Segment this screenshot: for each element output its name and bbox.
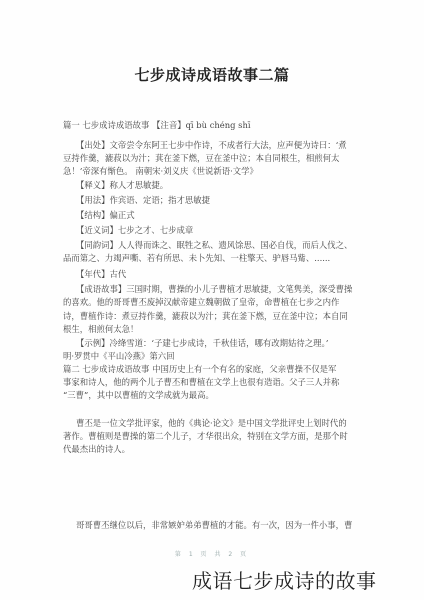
paragraph-line: 品而第之、力竭声嘶、若有所思、未卜先知、一柱擎天、驴唇马觜、...... bbox=[63, 253, 363, 264]
paragraph-line: 明·罗贯中《平山冷燕》第六回 bbox=[63, 351, 363, 362]
paragraph-line: 【成语故事】三国时期，曹操的小儿子曹植才思敏捷，文笔隽美，深受曹操 bbox=[76, 284, 364, 295]
paragraph-line: “三曹”，其中以曹植的文学成就为最高。 bbox=[63, 390, 363, 401]
paragraph-line: 代最杰出的诗人。 bbox=[63, 444, 363, 455]
caption-overlay: 成语七步成诗的故事 bbox=[192, 565, 377, 594]
document-page: 七步成诗成语故事二篇 篇一 七步成诗成语故事 【注音】qī bù chéng s… bbox=[0, 0, 424, 600]
paragraph-line: 【结构】偏正式 bbox=[76, 210, 364, 221]
paragraph-line: 豆持作羹，漉菽以为汁；萁在釜下燃，豆在釜中泣；本自同根生，相煎何太 bbox=[63, 153, 363, 164]
paragraph-line: 篇二 七步成诗成语故事 中国历史上有一个有名的家庭，父亲曹操不仅是军 bbox=[63, 364, 363, 375]
paragraph-line-last: 哥哥曹丕继位以后，非常嫉妒弟弟曹植的才能。有一次，因为一件小事，曹 bbox=[76, 520, 364, 531]
paragraph-line: 篇一 七步成诗成语故事 【注音】qī bù chéng shī bbox=[63, 120, 363, 131]
paragraph-line: 急！’帝深有惭色。 南朝宋·刘义庆《世说新语·文学》 bbox=[63, 166, 363, 177]
paragraph-line: 事家和诗人，他的两个儿子曹丕和曹植在文学上也很有造诣。父子三人并称 bbox=[63, 377, 363, 388]
paragraph-line: 著作。曹植则是曹操的第二个儿子，才华很出众，特别在文学方面，是那个时 bbox=[63, 431, 363, 442]
document-title: 七步成诗成语故事二篇 bbox=[0, 64, 424, 85]
paragraph-line: 【年代】古代 bbox=[76, 269, 364, 280]
paragraph-line: 【用法】作宾语、定语；指才思敏捷 bbox=[76, 195, 364, 206]
paragraph-line: 【释义】称人才思敏捷。 bbox=[76, 180, 364, 191]
page-number-footer: 第 1 页 共 2 页 bbox=[0, 549, 424, 558]
paragraph-line: 【近义词】七步之才、七步成章 bbox=[76, 225, 364, 236]
paragraph-line: 的喜欢。他的哥哥曹丕废掉汉献帝建立魏朝做了皇帝，命曹植在七步之内作 bbox=[63, 297, 363, 308]
paragraph-line: 曹丕是一位文学批评家，他的《典论·论文》是中国文学批评史上划时代的 bbox=[76, 418, 364, 429]
paragraph-line: 根生，相煎何太急！ bbox=[63, 324, 363, 335]
paragraph-line: 【出处】文帝尝令东阿王七步中作诗，不成者行大法，应声便为诗曰：‘煮 bbox=[76, 140, 364, 151]
paragraph-line: 诗，曹植作诗：煮豆持作羹，漉菽以为汁；萁在釜下燃，豆在釜中泣；本自同 bbox=[63, 311, 363, 322]
paragraph-line: 【示例】冷绛雪道：‘子建七步成诗，千秋佳话，哪有改期姑待之理。’ bbox=[76, 338, 364, 349]
paragraph-line: 【同韵词】人人得而诛之、眠牲之私、遗风馀思、国必自伐，而后人伐之、 bbox=[76, 240, 364, 251]
